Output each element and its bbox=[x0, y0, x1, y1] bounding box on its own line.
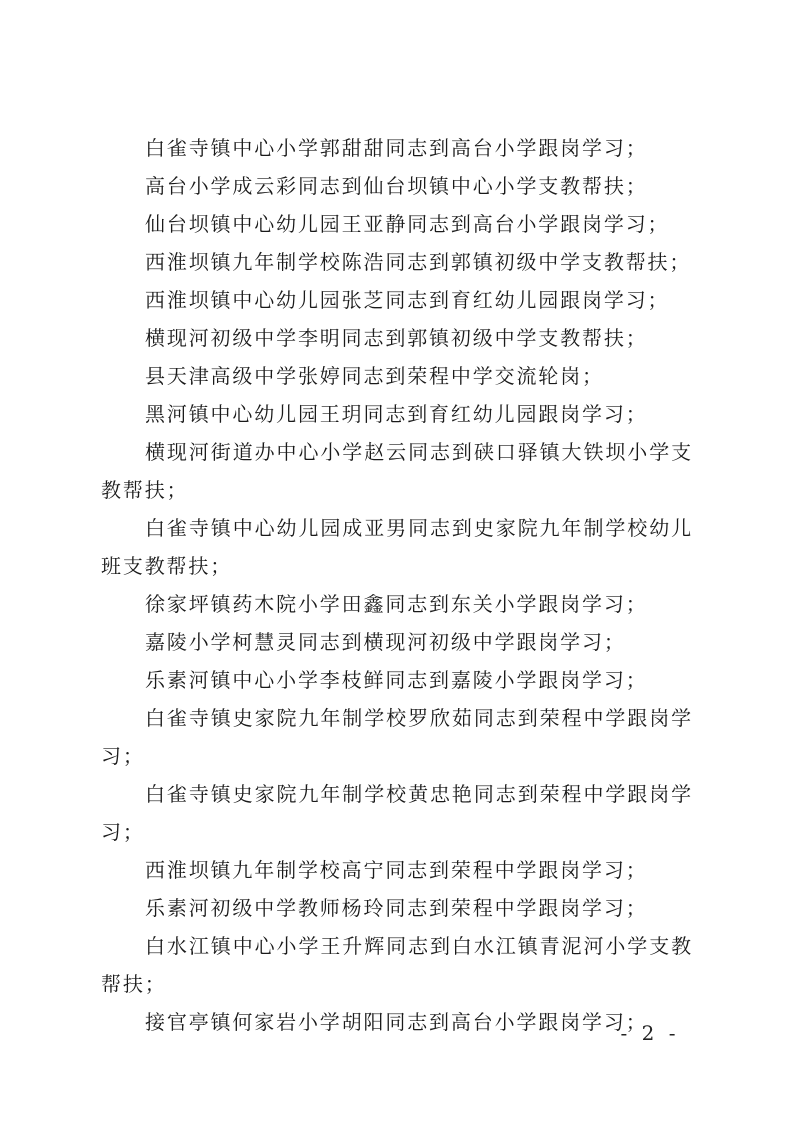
paragraph: 白雀寺镇中心幼儿园成亚男同志到史家院九年制学校幼儿班支教帮扶； bbox=[101, 509, 693, 585]
paragraph: 乐素河镇中心小学李枝鲜同志到嘉陵小学跟岗学习； bbox=[101, 661, 693, 699]
paragraph: 西淮坝镇中心幼儿园张芝同志到育红幼儿园跟岗学习； bbox=[101, 281, 693, 319]
paragraph: 县天津高级中学张婷同志到荣程中学交流轮岗； bbox=[101, 357, 693, 395]
paragraph: 横现河初级中学李明同志到郭镇初级中学支教帮扶； bbox=[101, 319, 693, 357]
paragraph: 白雀寺镇史家院九年制学校黄忠艳同志到荣程中学跟岗学习； bbox=[101, 775, 693, 851]
paragraph: 白雀寺镇史家院九年制学校罗欣茹同志到荣程中学跟岗学习； bbox=[101, 699, 693, 775]
paragraph: 接官亭镇何家岩小学胡阳同志到高台小学跟岗学习； bbox=[101, 1003, 693, 1041]
paragraph: 横现河街道办中心小学赵云同志到硖口驿镇大铁坝小学支教帮扶； bbox=[101, 433, 693, 509]
paragraph: 徐家坪镇药木院小学田鑫同志到东关小学跟岗学习； bbox=[101, 585, 693, 623]
paragraph: 高台小学成云彩同志到仙台坝镇中心小学支教帮扶； bbox=[101, 167, 693, 205]
paragraph: 白水江镇中心小学王升辉同志到白水江镇青泥河小学支教帮扶； bbox=[101, 927, 693, 1003]
paragraph: 西淮坝镇九年制学校陈浩同志到郭镇初级中学支教帮扶； bbox=[101, 243, 693, 281]
document-page: 白雀寺镇中心小学郭甜甜同志到高台小学跟岗学习； 高台小学成云彩同志到仙台坝镇中心… bbox=[0, 0, 793, 1122]
paragraph: 西淮坝镇九年制学校高宁同志到荣程中学跟岗学习； bbox=[101, 851, 693, 889]
document-body: 白雀寺镇中心小学郭甜甜同志到高台小学跟岗学习； 高台小学成云彩同志到仙台坝镇中心… bbox=[101, 129, 693, 1041]
paragraph: 仙台坝镇中心幼儿园王亚静同志到高台小学跟岗学习； bbox=[101, 205, 693, 243]
paragraph: 黑河镇中心幼儿园王玥同志到育红幼儿园跟岗学习； bbox=[101, 395, 693, 433]
page-number: - 2 - bbox=[620, 1020, 680, 1046]
paragraph: 乐素河初级中学教师杨玲同志到荣程中学跟岗学习； bbox=[101, 889, 693, 927]
paragraph: 白雀寺镇中心小学郭甜甜同志到高台小学跟岗学习； bbox=[101, 129, 693, 167]
paragraph: 嘉陵小学柯慧灵同志到横现河初级中学跟岗学习； bbox=[101, 623, 693, 661]
